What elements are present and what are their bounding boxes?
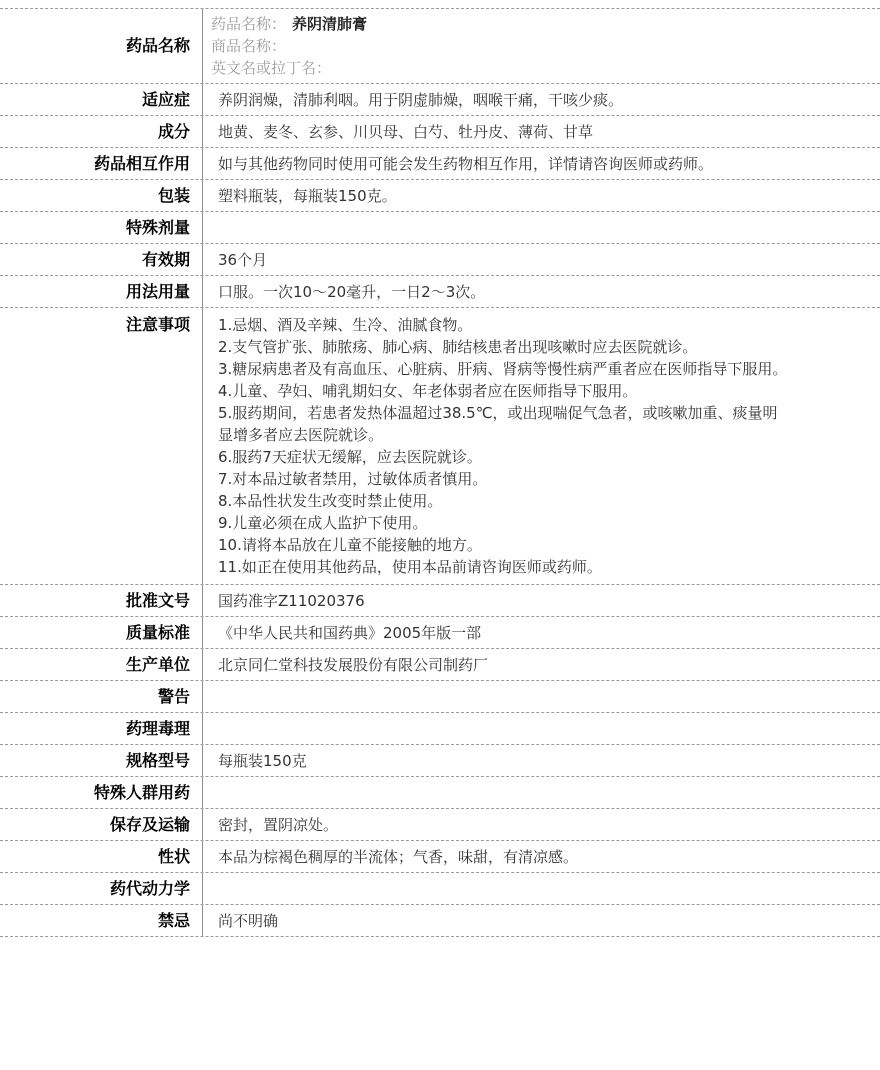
row-value: 本品为棕褐色稠厚的半流体；气香，味甜，有清凉感。 (203, 841, 880, 872)
table-row: 生产单位 北京同仁堂科技发展股份有限公司制药厂 (0, 649, 880, 681)
row-label: 药品相互作用 (0, 148, 203, 179)
trade-name-field-label: 商品名称： (211, 37, 286, 55)
latin-name-line: 英文名或拉丁名： (211, 57, 868, 79)
row-label: 包装 (0, 180, 203, 211)
row-value (203, 777, 880, 808)
table-row: 批准文号 国药准字Z11020376 (0, 585, 880, 617)
table-row: 性状 本品为棕褐色稠厚的半流体；气香，味甜，有清凉感。 (0, 841, 880, 873)
table-row: 包装 塑料瓶装，每瓶装150克。 (0, 180, 880, 212)
row-value: 如与其他药物同时使用可能会发生药物相互作用，详情请咨询医师或药师。 (203, 148, 880, 179)
row-value: 《中华人民共和国药典》2005年版一部 (203, 617, 880, 648)
row-label: 性状 (0, 841, 203, 872)
row-value: 每瓶装150克 (203, 745, 880, 776)
table-row: 规格型号 每瓶装150克 (0, 745, 880, 777)
table-row-drug-name: 药品名称 药品名称：养阴清肺膏 商品名称： 英文名或拉丁名： (0, 9, 880, 84)
row-label: 适应症 (0, 84, 203, 115)
row-value: 国药准字Z11020376 (203, 585, 880, 616)
row-value (203, 713, 880, 744)
row-label: 禁忌 (0, 905, 203, 936)
table-row: 特殊人群用药 (0, 777, 880, 809)
row-value: 密封，置阴凉处。 (203, 809, 880, 840)
table-row: 药理毒理 (0, 713, 880, 745)
table-row: 适应症 养阴润燥，清肺利咽。用于阴虚肺燥，咽喉干痛，干咳少痰。 (0, 84, 880, 116)
table-row: 用法用量 口服。一次10～20毫升，一日2～3次。 (0, 276, 880, 308)
row-value: 养阴润燥，清肺利咽。用于阴虚肺燥，咽喉干痛，干咳少痰。 (203, 84, 880, 115)
row-value (203, 681, 880, 712)
table-row: 注意事项 1.忌烟、酒及辛辣、生冷、油腻食物。 2.支气管扩张、肺脓疡、肺心病、… (0, 308, 880, 585)
table-row: 保存及运输 密封，置阴凉处。 (0, 809, 880, 841)
row-label: 药代动力学 (0, 873, 203, 904)
row-label: 药理毒理 (0, 713, 203, 744)
row-label: 有效期 (0, 244, 203, 275)
row-value: 1.忌烟、酒及辛辣、生冷、油腻食物。 2.支气管扩张、肺脓疡、肺心病、肺结核患者… (203, 308, 880, 584)
table-row: 禁忌 尚不明确 (0, 905, 880, 937)
table-row: 特殊剂量 (0, 212, 880, 244)
drug-name-line: 药品名称：养阴清肺膏 (211, 13, 868, 35)
row-value: 尚不明确 (203, 905, 880, 936)
row-label: 成分 (0, 116, 203, 147)
row-label: 警告 (0, 681, 203, 712)
trade-name-line: 商品名称： (211, 35, 868, 57)
table-row: 质量标准 《中华人民共和国药典》2005年版一部 (0, 617, 880, 649)
row-value: 口服。一次10～20毫升，一日2～3次。 (203, 276, 880, 307)
row-value: 塑料瓶装，每瓶装150克。 (203, 180, 880, 211)
row-value: 36个月 (203, 244, 880, 275)
row-label: 用法用量 (0, 276, 203, 307)
row-value: 地黄、麦冬、玄参、川贝母、白芍、牡丹皮、薄荷、甘草 (203, 116, 880, 147)
row-value: 药品名称：养阴清肺膏 商品名称： 英文名或拉丁名： (203, 9, 880, 83)
row-value (203, 873, 880, 904)
row-label: 批准文号 (0, 585, 203, 616)
latin-name-field-label: 英文名或拉丁名： (211, 59, 331, 77)
row-label: 规格型号 (0, 745, 203, 776)
row-label: 生产单位 (0, 649, 203, 680)
table-row: 警告 (0, 681, 880, 713)
table-row: 成分 地黄、麦冬、玄参、川贝母、白芍、牡丹皮、薄荷、甘草 (0, 116, 880, 148)
row-label: 特殊人群用药 (0, 777, 203, 808)
drug-info-page: 药品名称 药品名称：养阴清肺膏 商品名称： 英文名或拉丁名： 适应症 养阴润燥，… (0, 0, 880, 1070)
row-label: 特殊剂量 (0, 212, 203, 243)
drug-table: 药品名称 药品名称：养阴清肺膏 商品名称： 英文名或拉丁名： 适应症 养阴润燥，… (0, 8, 880, 937)
drug-name-field-label: 药品名称： (211, 15, 286, 33)
row-value (203, 212, 880, 243)
table-row: 药品相互作用 如与其他药物同时使用可能会发生药物相互作用，详情请咨询医师或药师。 (0, 148, 880, 180)
row-label: 药品名称 (0, 9, 203, 83)
row-label: 质量标准 (0, 617, 203, 648)
drug-name-value: 养阴清肺膏 (292, 15, 367, 33)
table-row: 有效期 36个月 (0, 244, 880, 276)
row-value: 北京同仁堂科技发展股份有限公司制药厂 (203, 649, 880, 680)
row-label: 注意事项 (0, 308, 203, 584)
table-row: 药代动力学 (0, 873, 880, 905)
row-label: 保存及运输 (0, 809, 203, 840)
